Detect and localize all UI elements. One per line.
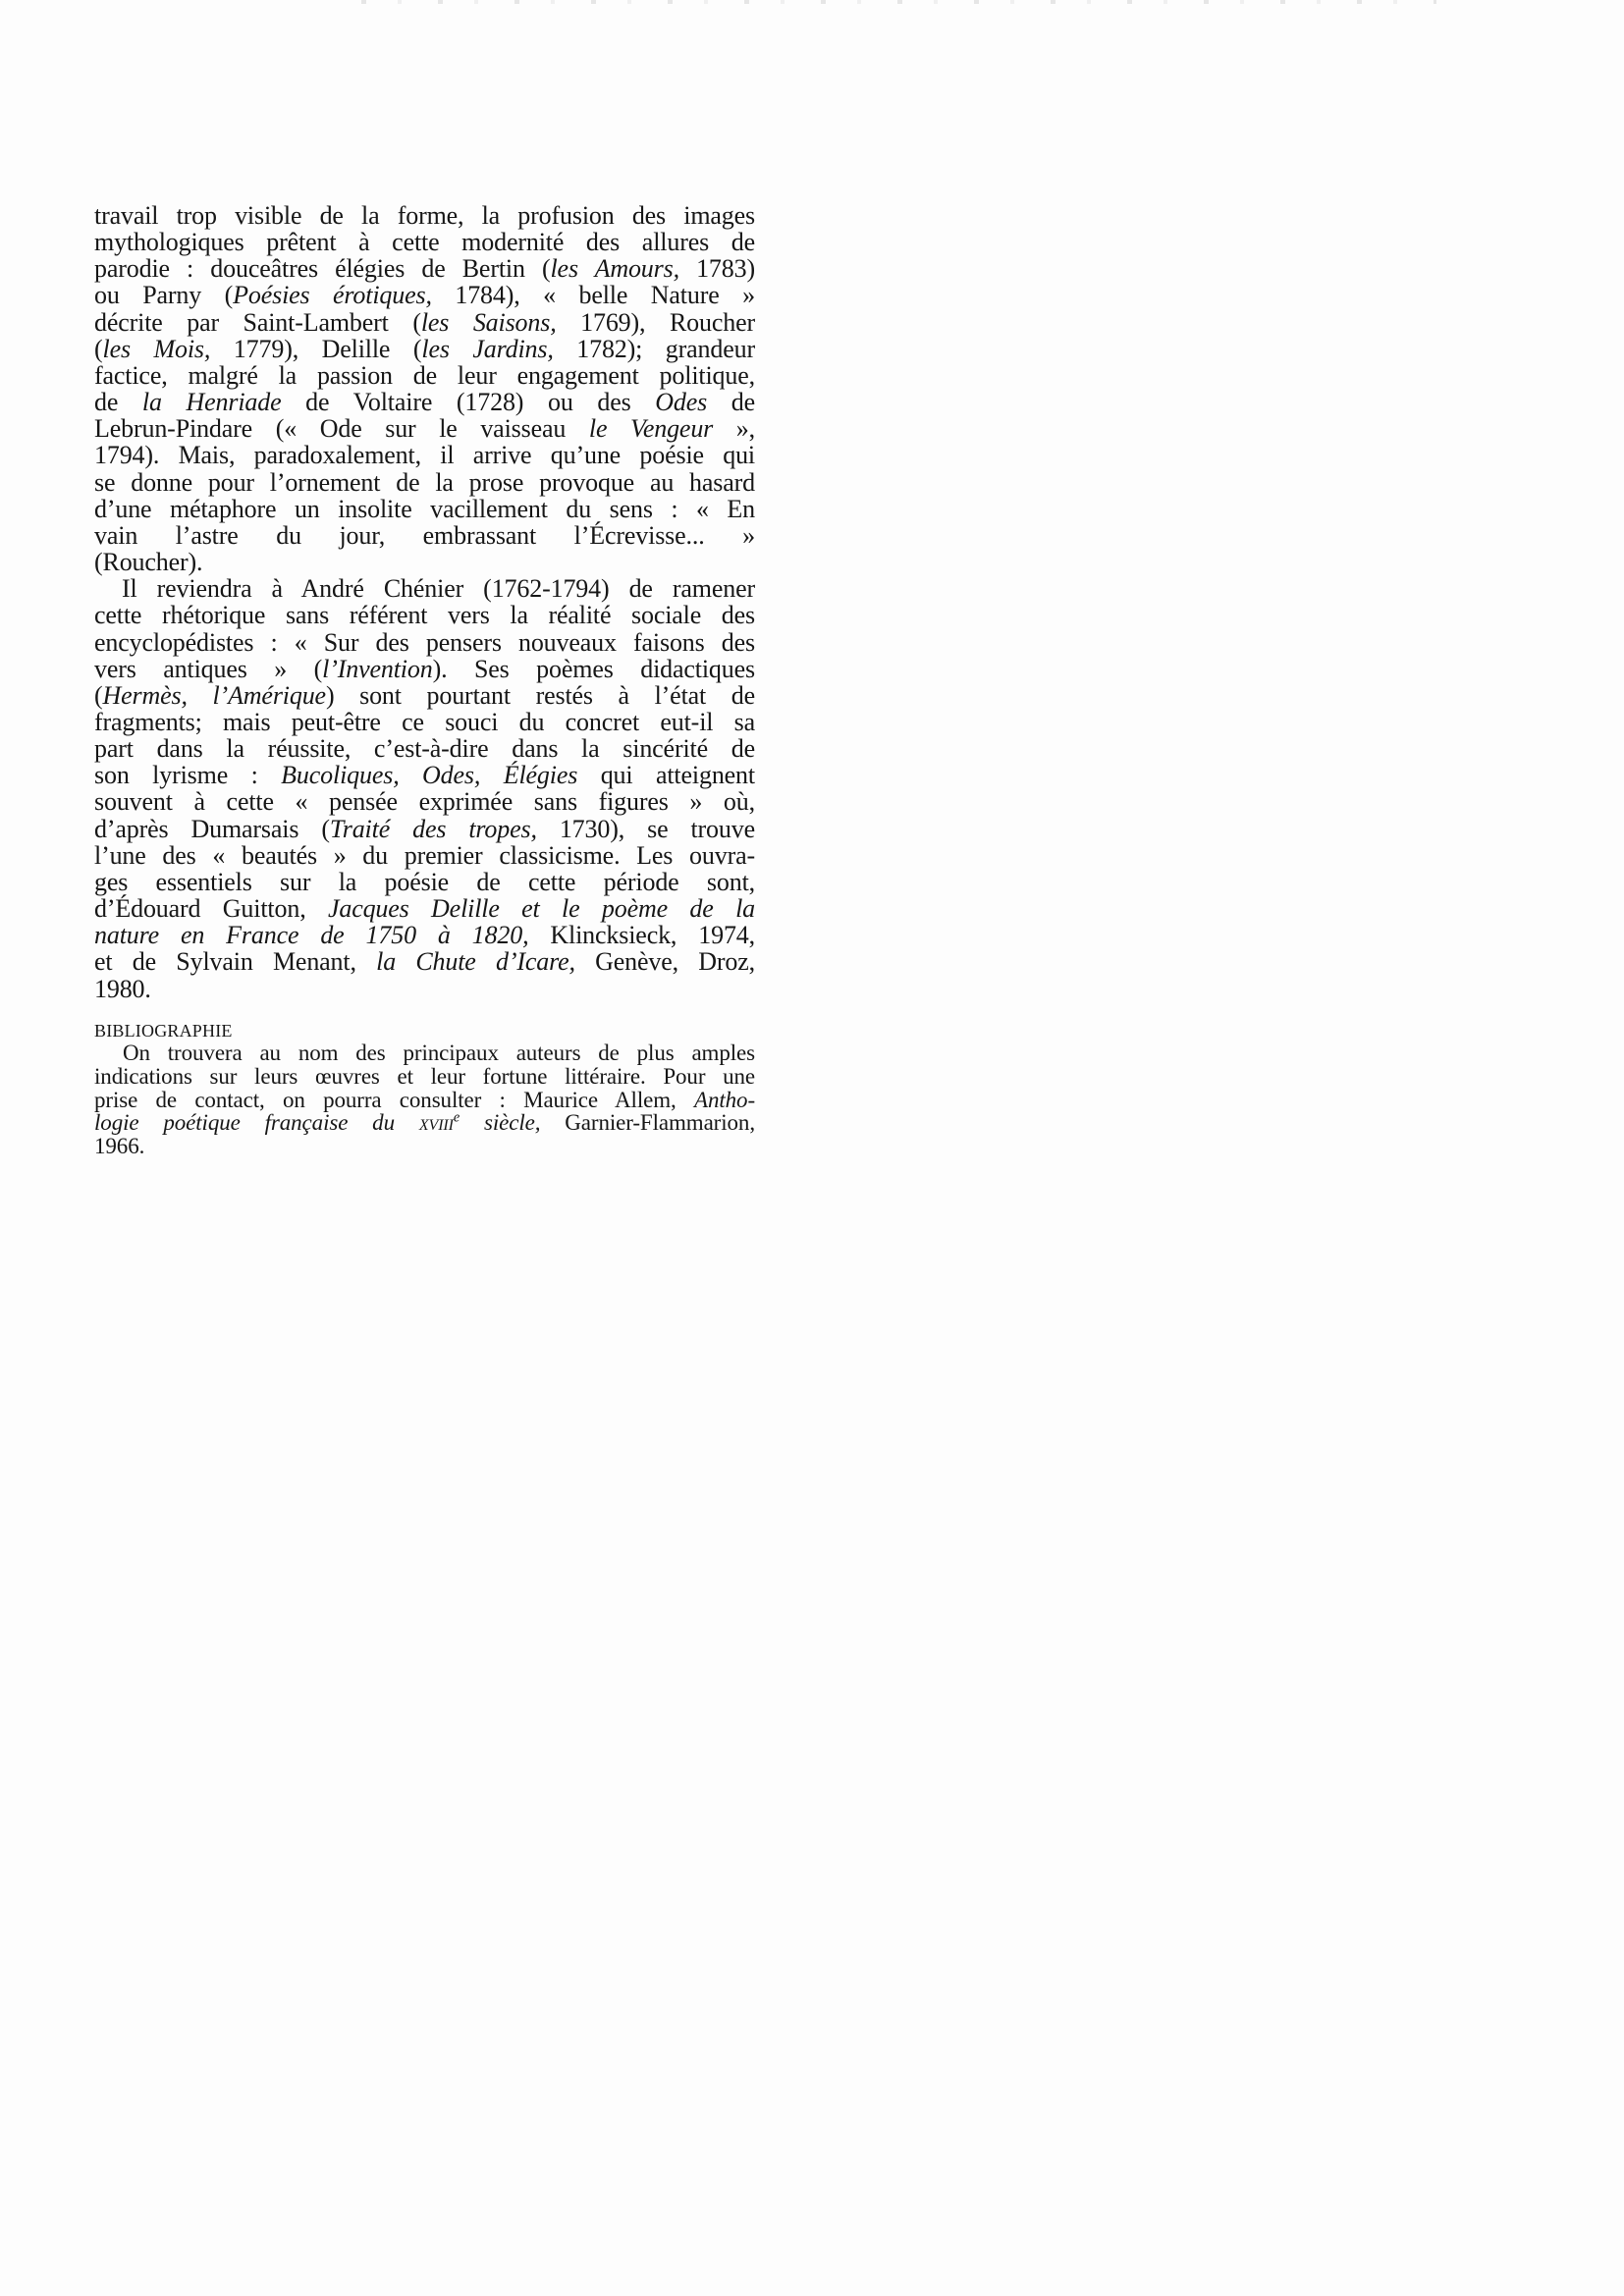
text-line: On trouvera au nom des principaux auteur…	[94, 1041, 755, 1065]
scanned-book-page: travail trop visible de la forme, la pro…	[0, 0, 1624, 2296]
paragraph-andre-chenier: Il reviendra à André Chénier (1762-1794)…	[94, 575, 755, 1002]
text-line: d’après Dumarsais (Traité des tropes, 17…	[94, 816, 755, 842]
text-run: xviii	[419, 1110, 454, 1135]
scan-crop-artifact	[361, 0, 1436, 4]
text-line: de la Henriade de Voltaire (1728) ou des…	[94, 389, 755, 415]
text-run: Poésies érotiques,	[233, 281, 432, 309]
text-line: indications sur leurs œuvres et leur for…	[94, 1065, 755, 1089]
text-run: les Amours,	[550, 254, 678, 283]
text-line: nature en France de 1750 à 1820, Klincks…	[94, 922, 755, 948]
text-line: logie poétique française du xviiie siècl…	[94, 1111, 755, 1135]
text-line: cette rhétorique sans référent vers la r…	[94, 602, 755, 628]
bibliography-paragraph: On trouvera au nom des principaux auteur…	[94, 1041, 755, 1159]
text-run: les Jardins,	[421, 335, 553, 363]
bibliography-heading: BIBLIOGRAPHIE	[94, 1020, 755, 1041]
text-line: factice, malgré la passion de leur engag…	[94, 362, 755, 389]
text-line: (Hermès, l’Amérique) sont pourtant resté…	[94, 682, 755, 709]
text-line: l’une des « beautés » du premier classic…	[94, 842, 755, 869]
text-run: les Saisons,	[421, 308, 557, 337]
text-line: d’Édouard Guitton, Jacques Delille et le…	[94, 895, 755, 922]
text-line: vers antiques » (l’Invention). Ses poème…	[94, 656, 755, 682]
text-line: part dans la réussite, c’est-à-dire dans…	[94, 735, 755, 762]
text-run: Jacques Delille et le poème de la	[328, 894, 755, 923]
text-line: 1966.	[94, 1135, 755, 1158]
text-line: encyclopédistes : « Sur des pensers nouv…	[94, 629, 755, 656]
text-run: siècle,	[460, 1110, 540, 1135]
text-run: nature en France de 1750 à 1820,	[94, 921, 528, 949]
text-run: le Vengeur	[589, 414, 713, 443]
text-line: prise de contact, on pourra consulter : …	[94, 1089, 755, 1112]
text-line: (Roucher).	[94, 549, 755, 575]
text-line: et de Sylvain Menant, la Chute d’Icare, …	[94, 948, 755, 975]
text-line: se donne pour l’ornement de la prose pro…	[94, 469, 755, 496]
text-line: travail trop visible de la forme, la pro…	[94, 202, 755, 229]
text-run: Traité des tropes,	[330, 815, 537, 843]
text-run: logie poétique française du	[94, 1110, 419, 1135]
text-line: fragments; mais peut-être ce souci du co…	[94, 709, 755, 735]
text-line: vain l’astre du jour, embrassant l’Écrev…	[94, 522, 755, 549]
text-line: Il reviendra à André Chénier (1762-1794)…	[94, 575, 755, 602]
text-run: les Mois,	[103, 335, 211, 363]
text-run: Antho-	[694, 1088, 755, 1112]
text-column: travail trop visible de la forme, la pro…	[94, 202, 755, 1158]
text-run: Odes	[655, 388, 707, 416]
text-line: parodie : douceâtres élégies de Bertin (…	[94, 255, 755, 282]
text-line: décrite par Saint-Lambert (les Saisons, …	[94, 309, 755, 336]
text-line: son lyrisme : Bucoliques, Odes, Élégies …	[94, 762, 755, 788]
text-line: souvent à cette « pensée exprimée sans f…	[94, 788, 755, 815]
text-line: 1980.	[94, 976, 755, 1002]
text-line: ou Parny (Poésies érotiques, 1784), « be…	[94, 282, 755, 308]
text-line: mythologiques prêtent à cette modernité …	[94, 229, 755, 255]
text-run: la Henriade	[142, 388, 282, 416]
text-run: l’Invention	[322, 655, 432, 683]
text-run: la Chute d’Icare,	[376, 947, 575, 976]
text-line: Lebrun-Pindare (« Ode sur le vaisseau le…	[94, 415, 755, 442]
text-run: Hermès, l’Amérique	[103, 681, 326, 710]
paragraph-continuation: travail trop visible de la forme, la pro…	[94, 202, 755, 575]
text-line: d’une métaphore un insolite vacillement …	[94, 496, 755, 522]
text-line: (les Mois, 1779), Delille (les Jardins, …	[94, 336, 755, 362]
text-run: Bucoliques, Odes, Élégies	[281, 761, 577, 789]
text-line: ges essentiels sur la poésie de cette pé…	[94, 869, 755, 895]
text-line: 1794). Mais, paradoxalement, il arrive q…	[94, 442, 755, 468]
